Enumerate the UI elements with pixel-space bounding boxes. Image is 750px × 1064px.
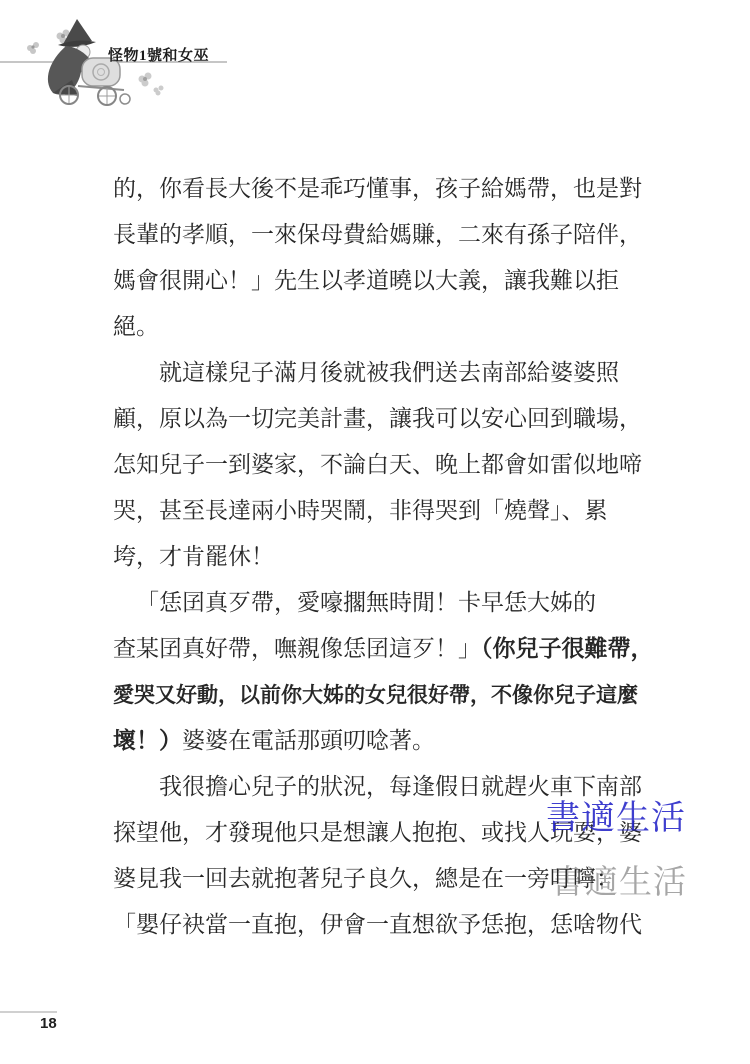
text-line: 婆見我一回去就抱著兒子良久，總是在一旁叮嚀： [113, 856, 673, 902]
footer-rule [0, 1011, 57, 1013]
book-page: 怪物1號和女巫 的，你看長大後不是乖巧懂事，孩子給媽帶，也是對長輩的孝順，一來保… [0, 0, 750, 1064]
bold-text-segment: 愛哭又好動，以前你大姊的女兒很好帶，不像你兒子這麼 [113, 683, 638, 707]
text-line: 愛哭又好動，以前你大姊的女兒很好帶，不像你兒子這麼 [113, 672, 673, 718]
text-line: 我很擔心兒子的狀況，每逢假日就趕火車下南部 [113, 764, 673, 810]
text-segment: 哭，甚至長達兩小時哭鬧，非得哭到「燒聲」、累 [113, 498, 608, 523]
text-line: 媽會很開心！」先生以孝道曉以大義，讓我難以拒 [113, 258, 673, 304]
text-line: 哭，甚至長達兩小時哭鬧，非得哭到「燒聲」、累 [113, 488, 673, 534]
text-segment: 媽會很開心！」先生以孝道曉以大義，讓我難以拒 [113, 268, 619, 293]
text-segment: 「恁囝真歹帶，愛嚎擱無時閒！卡早恁大姊的 [136, 590, 596, 615]
text-line: 絕。 [113, 304, 673, 350]
text-segment: 顧，原以為一切完美計畫，讓我可以安心回到職場， [113, 406, 642, 431]
text-segment: 婆婆在電話那頭叨唸著。 [182, 728, 435, 753]
text-segment: 的，你看長大後不是乖巧懂事，孩子給媽帶，也是對 [113, 176, 642, 201]
text-line: 就這樣兒子滿月後就被我們送去南部給婆婆照 [113, 350, 673, 396]
flower-accent-icon [139, 73, 164, 96]
text-line: 長輩的孝順，一來保母費給媽賺，二來有孫子陪伴， [113, 212, 673, 258]
text-segment: 我很擔心兒子的狀況，每逢假日就趕火車下南部 [159, 774, 642, 799]
text-segment: 垮，才肯罷休！ [113, 544, 274, 569]
text-segment: 探望他，才發現他只是想讓人抱抱、或找人玩耍，婆 [113, 820, 642, 845]
text-segment: 就這樣兒子滿月後就被我們送去南部給婆婆照 [159, 360, 619, 385]
text-segment: 長輩的孝順，一來保母費給媽賺，二來有孫子陪伴， [113, 222, 642, 247]
book-title: 怪物1號和女巫 [108, 44, 209, 65]
body-text: 的，你看長大後不是乖巧懂事，孩子給媽帶，也是對長輩的孝順，一來保母費給媽賺，二來… [113, 166, 673, 948]
text-segment: 婆見我一回去就抱著兒子良久，總是在一旁叮嚀： [113, 866, 619, 891]
text-line: 顧，原以為一切完美計畫，讓我可以安心回到職場， [113, 396, 673, 442]
bold-text-segment: 壞！） [113, 728, 182, 753]
text-line: 「嬰仔袂當一直抱，伊會一直想欲予恁抱，恁啥物代 [113, 902, 673, 948]
text-segment: 查某囝真好帶，嘸親像恁囝這歹！」 [113, 636, 481, 661]
text-segment: 「嬰仔袂當一直抱，伊會一直想欲予恁抱，恁啥物代 [113, 912, 642, 937]
text-line: 探望他，才發現他只是想讓人抱抱、或找人玩耍，婆 [113, 810, 673, 856]
text-line: 怎知兒子一到婆家，不論白天、晚上都會如雷似地啼 [113, 442, 673, 488]
text-line: 查某囝真好帶，嘸親像恁囝這歹！」（你兒子很難帶， [113, 626, 673, 672]
text-segment: 絕。 [113, 314, 159, 339]
text-line: 垮，才肯罷休！ [113, 534, 673, 580]
text-segment: 怎知兒子一到婆家，不論白天、晚上都會如雷似地啼 [113, 452, 642, 477]
text-line: 的，你看長大後不是乖巧懂事，孩子給媽帶，也是對 [113, 166, 673, 212]
text-line: 「恁囝真歹帶，愛嚎擱無時閒！卡早恁大姊的 [113, 580, 673, 626]
bold-text-segment: （你兒子很難帶， [481, 636, 654, 661]
page-number: 18 [40, 1015, 57, 1032]
text-line: 壞！）婆婆在電話那頭叨唸著。 [113, 718, 673, 764]
